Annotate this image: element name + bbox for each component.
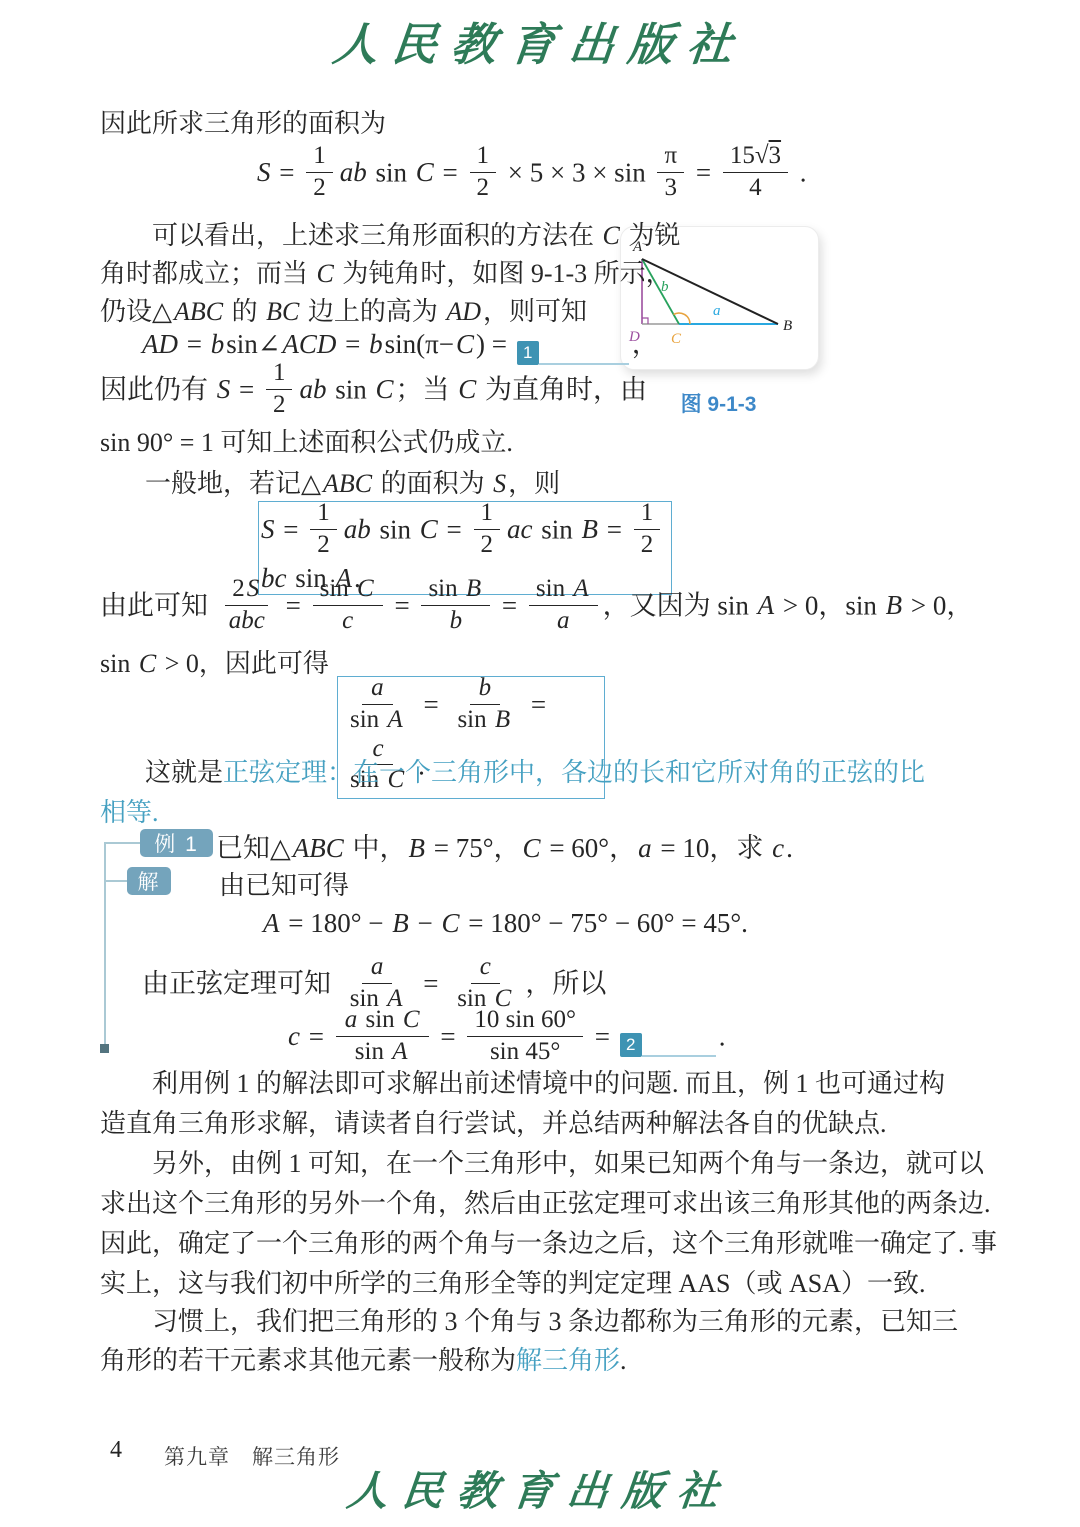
fraction-numerator: 1: [310, 499, 337, 530]
paragraph3-line1: 习惯上，我们把三角形的 3 个角与 3 条边都称为三角形的元素，已知三: [152, 1304, 958, 1340]
math-roman: 的面积为: [374, 469, 491, 498]
math-roman: =: [273, 157, 302, 187]
math-roman: ) =: [476, 329, 514, 359]
fraction-numerator: a sin C: [336, 1006, 429, 1037]
math-roman: 2: [317, 531, 330, 558]
fraction-denominator: abc: [220, 606, 274, 636]
math-roman: =: [434, 1021, 463, 1051]
math-roman: 2: [273, 391, 286, 418]
math-roman: > 0，sin: [776, 590, 884, 620]
fill-blank-tag: 2: [620, 1033, 642, 1057]
math-italic: ab: [297, 374, 328, 404]
math-italic: C: [374, 374, 396, 404]
fraction-numerator: sin C: [313, 575, 383, 606]
math-italic: C: [521, 833, 543, 863]
math-roman: > 0，: [904, 590, 973, 620]
math-roman: ，则可知: [483, 297, 587, 326]
formula-still-holds: 因此仍有 S = 12ab sin C；当 C 为直角时，由: [100, 362, 647, 423]
math-italic: C: [137, 649, 158, 678]
fraction-denominator: sin B: [450, 705, 519, 735]
fraction: 12: [634, 499, 661, 560]
intro-text: 因此所求三角形的面积为: [100, 106, 386, 142]
paragraph3-line2-pre: 角形的若干元素求其他元素一般称为: [100, 1346, 516, 1375]
math-italic: ABC: [291, 833, 346, 863]
math-roman: π: [664, 142, 677, 169]
math-italic: a: [555, 607, 572, 634]
math-italic: a: [343, 1006, 360, 1033]
math-italic: C: [355, 575, 376, 602]
fraction: π3: [657, 142, 684, 203]
math-roman: 2: [477, 174, 490, 201]
math-italic: b: [477, 674, 494, 701]
math-roman: ；当: [396, 374, 457, 404]
math-italic: C: [418, 514, 440, 544]
fraction-denominator: c: [333, 606, 362, 636]
fraction: 10 sin 60°sin 45°: [467, 1006, 583, 1067]
math-roman: 1: [481, 499, 494, 526]
formula-c-blank: c = a sin Csin A = 10 sin 60°sin 45° = 2…: [286, 1009, 726, 1070]
fraction-numerator: 1: [306, 142, 333, 173]
math-italic: b: [209, 329, 227, 359]
math-italic: c: [286, 1021, 302, 1051]
math-italic: B: [390, 908, 411, 938]
math-roman: 为钝角时，如图 9-1-3 所示，: [336, 259, 672, 288]
fraction-denominator: 2: [266, 390, 293, 420]
fraction: 15√34: [723, 142, 788, 203]
math-roman: =: [524, 689, 546, 719]
math-roman: =: [180, 329, 209, 359]
math-roman: .: [793, 157, 807, 187]
fraction-denominator: 2: [474, 530, 501, 560]
page-number: 4: [110, 1437, 122, 1464]
formula-ad-blank: AD = bsin∠ACD = bsin(π−C) = 1，: [140, 326, 659, 365]
example-1-badge: 例 1: [140, 829, 213, 857]
math-roman: 1: [477, 142, 490, 169]
math-italic: A: [390, 1038, 409, 1065]
math-italic: ABC: [321, 469, 374, 498]
math-italic: ABC: [172, 297, 225, 326]
math-roman: =: [600, 514, 629, 544]
example-1-badge-label: 例 1: [154, 828, 199, 858]
math-roman: 2: [232, 575, 245, 602]
math-roman: sin 45°: [490, 1038, 560, 1065]
math-italic: C: [456, 374, 478, 404]
math-roman: sin: [320, 575, 355, 602]
math-roman: =: [232, 374, 261, 404]
math-italic: B: [884, 590, 905, 620]
math-roman: =: [279, 590, 308, 620]
math-italic: ac: [505, 514, 534, 544]
fraction: a sin Csin A: [336, 1006, 429, 1067]
math-italic: C: [315, 259, 336, 288]
math-roman: 中，: [346, 833, 407, 863]
fraction: 12: [306, 142, 333, 203]
math-italic: C: [601, 221, 622, 250]
math-italic: AD: [140, 329, 180, 359]
fraction-numerator: a: [362, 674, 393, 705]
figure-caption: 图 9-1-3: [620, 388, 817, 418]
math-italic: abc: [227, 607, 267, 634]
fraction: asin A: [343, 674, 412, 735]
math-roman: 一般地，若记△: [145, 469, 321, 498]
math-italic: S: [215, 374, 233, 404]
math-roman: =: [416, 968, 445, 998]
sine-theorem-highlight: 正弦定理：在一个三角形中，各边的长和它所对角的正弦的比: [223, 758, 925, 787]
sqrt-radicand: 3: [769, 142, 782, 169]
fraction-numerator: 2S: [225, 575, 268, 606]
math-italic: c: [340, 607, 355, 634]
math-roman: sin: [369, 157, 414, 187]
fill-blank-2[interactable]: 2: [620, 1033, 716, 1057]
example-bracket-line: [104, 843, 106, 1047]
fraction: bsin B: [450, 674, 519, 735]
fraction-numerator: 1: [266, 359, 293, 390]
math-roman: > 0，因此可得: [158, 649, 329, 678]
vertex-c-label: C: [671, 331, 682, 347]
solution-intro-line: 由已知可得: [219, 868, 349, 904]
publisher-watermark-bottom: 人民教育出版社: [344, 1458, 735, 1517]
fraction: csin C: [450, 953, 520, 1014]
math-italic: BC: [264, 297, 301, 326]
solution-badge: 解: [127, 867, 171, 895]
math-italic: B: [407, 833, 428, 863]
fraction-denominator: a: [548, 606, 579, 636]
math-roman: sin: [359, 1006, 401, 1033]
paragraph2-line3: 因此，确定了一个三角形的两个角与一条边之后，这个三角形就唯一确定了. 事: [100, 1226, 997, 1262]
math-roman: 的: [225, 297, 264, 326]
math-italic: A: [571, 575, 590, 602]
fraction-denominator: 2: [634, 530, 661, 560]
fraction-numerator: c: [471, 953, 500, 984]
math-roman: ，: [632, 329, 659, 359]
fraction-denominator: sin 45°: [483, 1037, 567, 1067]
formula-angle-a: A = 180° − B − C = 180° − 75° − 60° = 45…: [261, 905, 748, 941]
fraction-denominator: b: [441, 606, 472, 636]
math-italic: A: [261, 908, 282, 938]
fraction: asin A: [343, 953, 412, 1014]
math-italic: AD: [444, 297, 483, 326]
ratio-derivation-row: 由此可知 2Sabc = sin Cc = sin Bb = sin Aa，又因…: [100, 578, 973, 639]
chapter-footer: 第九章 解三角形: [164, 1441, 340, 1471]
math-roman: =: [277, 514, 306, 544]
math-roman: 由正弦定理可知: [142, 968, 338, 998]
math-italic: B: [580, 514, 601, 544]
fraction-denominator: 2: [306, 173, 333, 203]
textbook-page: 人民教育出版社 因此所求三角形的面积为 S = 12ab sin C = 12 …: [0, 0, 1080, 1527]
sqrt-sign: √: [755, 142, 769, 169]
right-angle-mark: [642, 318, 648, 324]
fraction: 12: [474, 499, 501, 560]
sin90-line: sin 90° = 1 可知上述面积公式仍成立.: [100, 425, 513, 461]
math-roman: 2: [313, 174, 326, 201]
math-roman: 3: [665, 174, 678, 201]
math-roman: 15: [730, 142, 755, 169]
math-roman: = 10，求: [654, 833, 770, 863]
math-roman: 1: [273, 359, 286, 386]
publisher-watermark-top: 人民教育出版社: [330, 8, 750, 73]
math-roman: sin: [457, 706, 492, 733]
paragraph3-line2: 角形的若干元素求其他元素一般称为解三角形.: [100, 1343, 627, 1379]
math-italic: c: [478, 953, 493, 980]
fraction-denominator: 2: [470, 173, 497, 203]
math-italic: b: [367, 329, 385, 359]
paragraph1-line2: 造直角三角形求解，请读者自行尝试，并总结两种解法各自的优缺点.: [100, 1106, 887, 1142]
math-roman: 1: [317, 499, 330, 526]
math-italic: ab: [338, 157, 369, 187]
math-roman: sin: [355, 1038, 390, 1065]
math-roman: = 60°，: [543, 833, 637, 863]
math-roman: 4: [749, 174, 762, 201]
example-1-statement: 已知△ABC 中，B = 75°，C = 60°，a = 10，求 c.: [216, 830, 793, 866]
math-roman: ，则: [508, 469, 560, 498]
fraction: 12: [470, 142, 497, 203]
math-roman: =: [388, 590, 417, 620]
math-roman: sin: [536, 575, 571, 602]
fraction-numerator: sin A: [529, 575, 598, 606]
math-roman: 1: [641, 499, 654, 526]
math-roman: 为锐: [622, 221, 681, 250]
paragraph2-line2: 求出这个三角形的另外一个角，然后由正弦定理可求出该三角形其他的两条边.: [100, 1186, 991, 1222]
fraction-denominator: sin A: [343, 705, 412, 735]
fraction: sin Aa: [529, 575, 598, 636]
sine-theorem-statement-line1: 这就是正弦定理：在一个三角形中，各边的长和它所对角的正弦的比: [145, 755, 925, 791]
math-roman: sin: [350, 706, 385, 733]
fraction: 2Sabc: [220, 575, 274, 636]
fraction-numerator: sin B: [421, 575, 490, 606]
math-italic: C: [401, 1006, 422, 1033]
example-bracket-end-dot: [100, 1044, 109, 1053]
side-a-label: a: [713, 303, 721, 319]
math-roman: sin 90° = 1 可知上述面积公式仍成立.: [100, 428, 513, 457]
wrap-paragraph-line1: 可以看出，上述求三角形面积的方法在 C 为锐: [152, 218, 680, 254]
formula-area-numeric: S = 12ab sin C = 12 × 5 × 3 × sin π3 = 1…: [255, 145, 807, 206]
math-roman: ，又因为 sin: [603, 590, 756, 620]
math-roman: 10 sin 60°: [474, 1006, 576, 1033]
paragraph2-line1: 另外，由例 1 可知，在一个三角形中，如果已知两个角与一条边，就可以: [152, 1146, 984, 1182]
math-italic: C: [414, 157, 436, 187]
math-italic: C: [454, 329, 476, 359]
paragraph2-line4: 实上，这与我们初中所学的三角形全等的判定定理 AAS（或 ASA）一致.: [100, 1266, 926, 1302]
math-roman: 为直角时，由: [478, 374, 647, 404]
math-roman: =: [495, 590, 524, 620]
math-italic: A: [385, 706, 404, 733]
fraction-numerator: 1: [474, 499, 501, 530]
math-roman: =: [689, 157, 718, 187]
math-roman: × 5 × 3 × sin: [501, 157, 652, 187]
fraction-numerator: a: [362, 953, 393, 984]
general-statement-line: 一般地，若记△ABC 的面积为 S，则: [145, 466, 560, 502]
fraction-denominator: 2: [310, 530, 337, 560]
math-roman: sin: [428, 575, 463, 602]
math-roman: = 75°，: [427, 833, 521, 863]
math-roman: =: [436, 157, 465, 187]
math-roman: sin(π−: [385, 329, 454, 359]
statement-prefix: 这就是: [145, 758, 223, 787]
math-roman: 仍设△: [100, 297, 172, 326]
fraction: 12: [266, 359, 293, 420]
fraction-denominator: 3: [658, 173, 685, 203]
fraction-denominator: sin A: [348, 1037, 417, 1067]
wrap-paragraph-line2: 角时都成立；而当 C 为钝角时，如图 9-1-3 所示，: [100, 256, 672, 292]
math-roman: −: [411, 908, 440, 938]
math-roman: .: [786, 833, 793, 863]
math-roman: =: [302, 1021, 331, 1051]
fraction-numerator: b: [470, 674, 501, 705]
math-italic: S: [491, 469, 508, 498]
math-italic: a: [369, 674, 386, 701]
math-roman: 2: [641, 531, 654, 558]
math-roman: = 180° − 75° − 60° = 45°.: [462, 908, 748, 938]
paragraph1-line1: 利用例 1 的解法即可求解出前述情境中的问题. 而且，例 1 也可通过构: [152, 1066, 945, 1102]
math-roman: = 180° −: [282, 908, 391, 938]
fraction-numerator: 1: [470, 142, 497, 173]
math-roman: sin: [534, 514, 579, 544]
math-roman: 1: [313, 142, 326, 169]
math-italic: B: [464, 575, 483, 602]
solution-badge-label: 解: [138, 866, 161, 896]
fraction: 12: [310, 499, 337, 560]
math-italic: B: [493, 706, 512, 733]
math-roman: sin: [373, 514, 418, 544]
example-bracket-stub-1: [104, 842, 140, 844]
fill-blank-underline: [642, 1033, 716, 1057]
fraction: sin Cc: [313, 575, 383, 636]
math-italic: a: [636, 833, 654, 863]
math-roman: 角时都成立；而当: [100, 259, 315, 288]
math-italic: C: [440, 908, 462, 938]
sine-theorem-statement-line2: 相等.: [100, 795, 159, 831]
math-roman: =: [588, 1021, 617, 1051]
math-roman: ，所以: [525, 968, 606, 998]
math-italic: ab: [342, 514, 373, 544]
math-roman: =: [417, 689, 446, 719]
paragraph3-line2-post: .: [620, 1346, 627, 1375]
math-roman: 已知△: [216, 833, 291, 863]
example-bracket-stub-2: [104, 880, 127, 882]
fraction-numerator: 1: [634, 499, 661, 530]
solve-triangle-term: 解三角形: [516, 1346, 620, 1375]
math-roman: 可以看出，上述求三角形面积的方法在: [152, 221, 601, 250]
vertex-b-label: B: [783, 318, 792, 334]
math-italic: c: [770, 833, 786, 863]
math-roman: 边上的高为: [301, 297, 444, 326]
fraction: sin Bb: [421, 575, 490, 636]
math-roman: sin: [100, 649, 137, 678]
math-roman: =: [440, 514, 469, 544]
math-italic: S: [245, 575, 262, 602]
math-italic: S: [259, 514, 277, 544]
math-italic: S: [255, 157, 273, 187]
fraction-denominator: 4: [742, 173, 769, 203]
math-roman: 由此可知: [100, 590, 215, 620]
wrap-paragraph-line3: 仍设△ABC 的 BC 边上的高为 AD，则可知: [100, 294, 587, 330]
math-roman: .: [719, 1021, 726, 1051]
math-roman: sin∠: [226, 329, 280, 359]
math-roman: sin: [328, 374, 373, 404]
math-roman: 2: [481, 531, 494, 558]
sinc-positive-line: sin C > 0，因此可得: [100, 646, 329, 682]
math-italic: ACD: [280, 329, 338, 359]
fraction-numerator: 10 sin 60°: [467, 1006, 583, 1037]
math-italic: b: [448, 607, 465, 634]
fraction-numerator: π: [657, 142, 684, 173]
math-italic: A: [756, 590, 777, 620]
math-italic: a: [369, 953, 386, 980]
math-roman: =: [338, 329, 367, 359]
math-roman: 因此仍有: [100, 374, 215, 404]
fraction-numerator: 15√3: [723, 142, 788, 173]
